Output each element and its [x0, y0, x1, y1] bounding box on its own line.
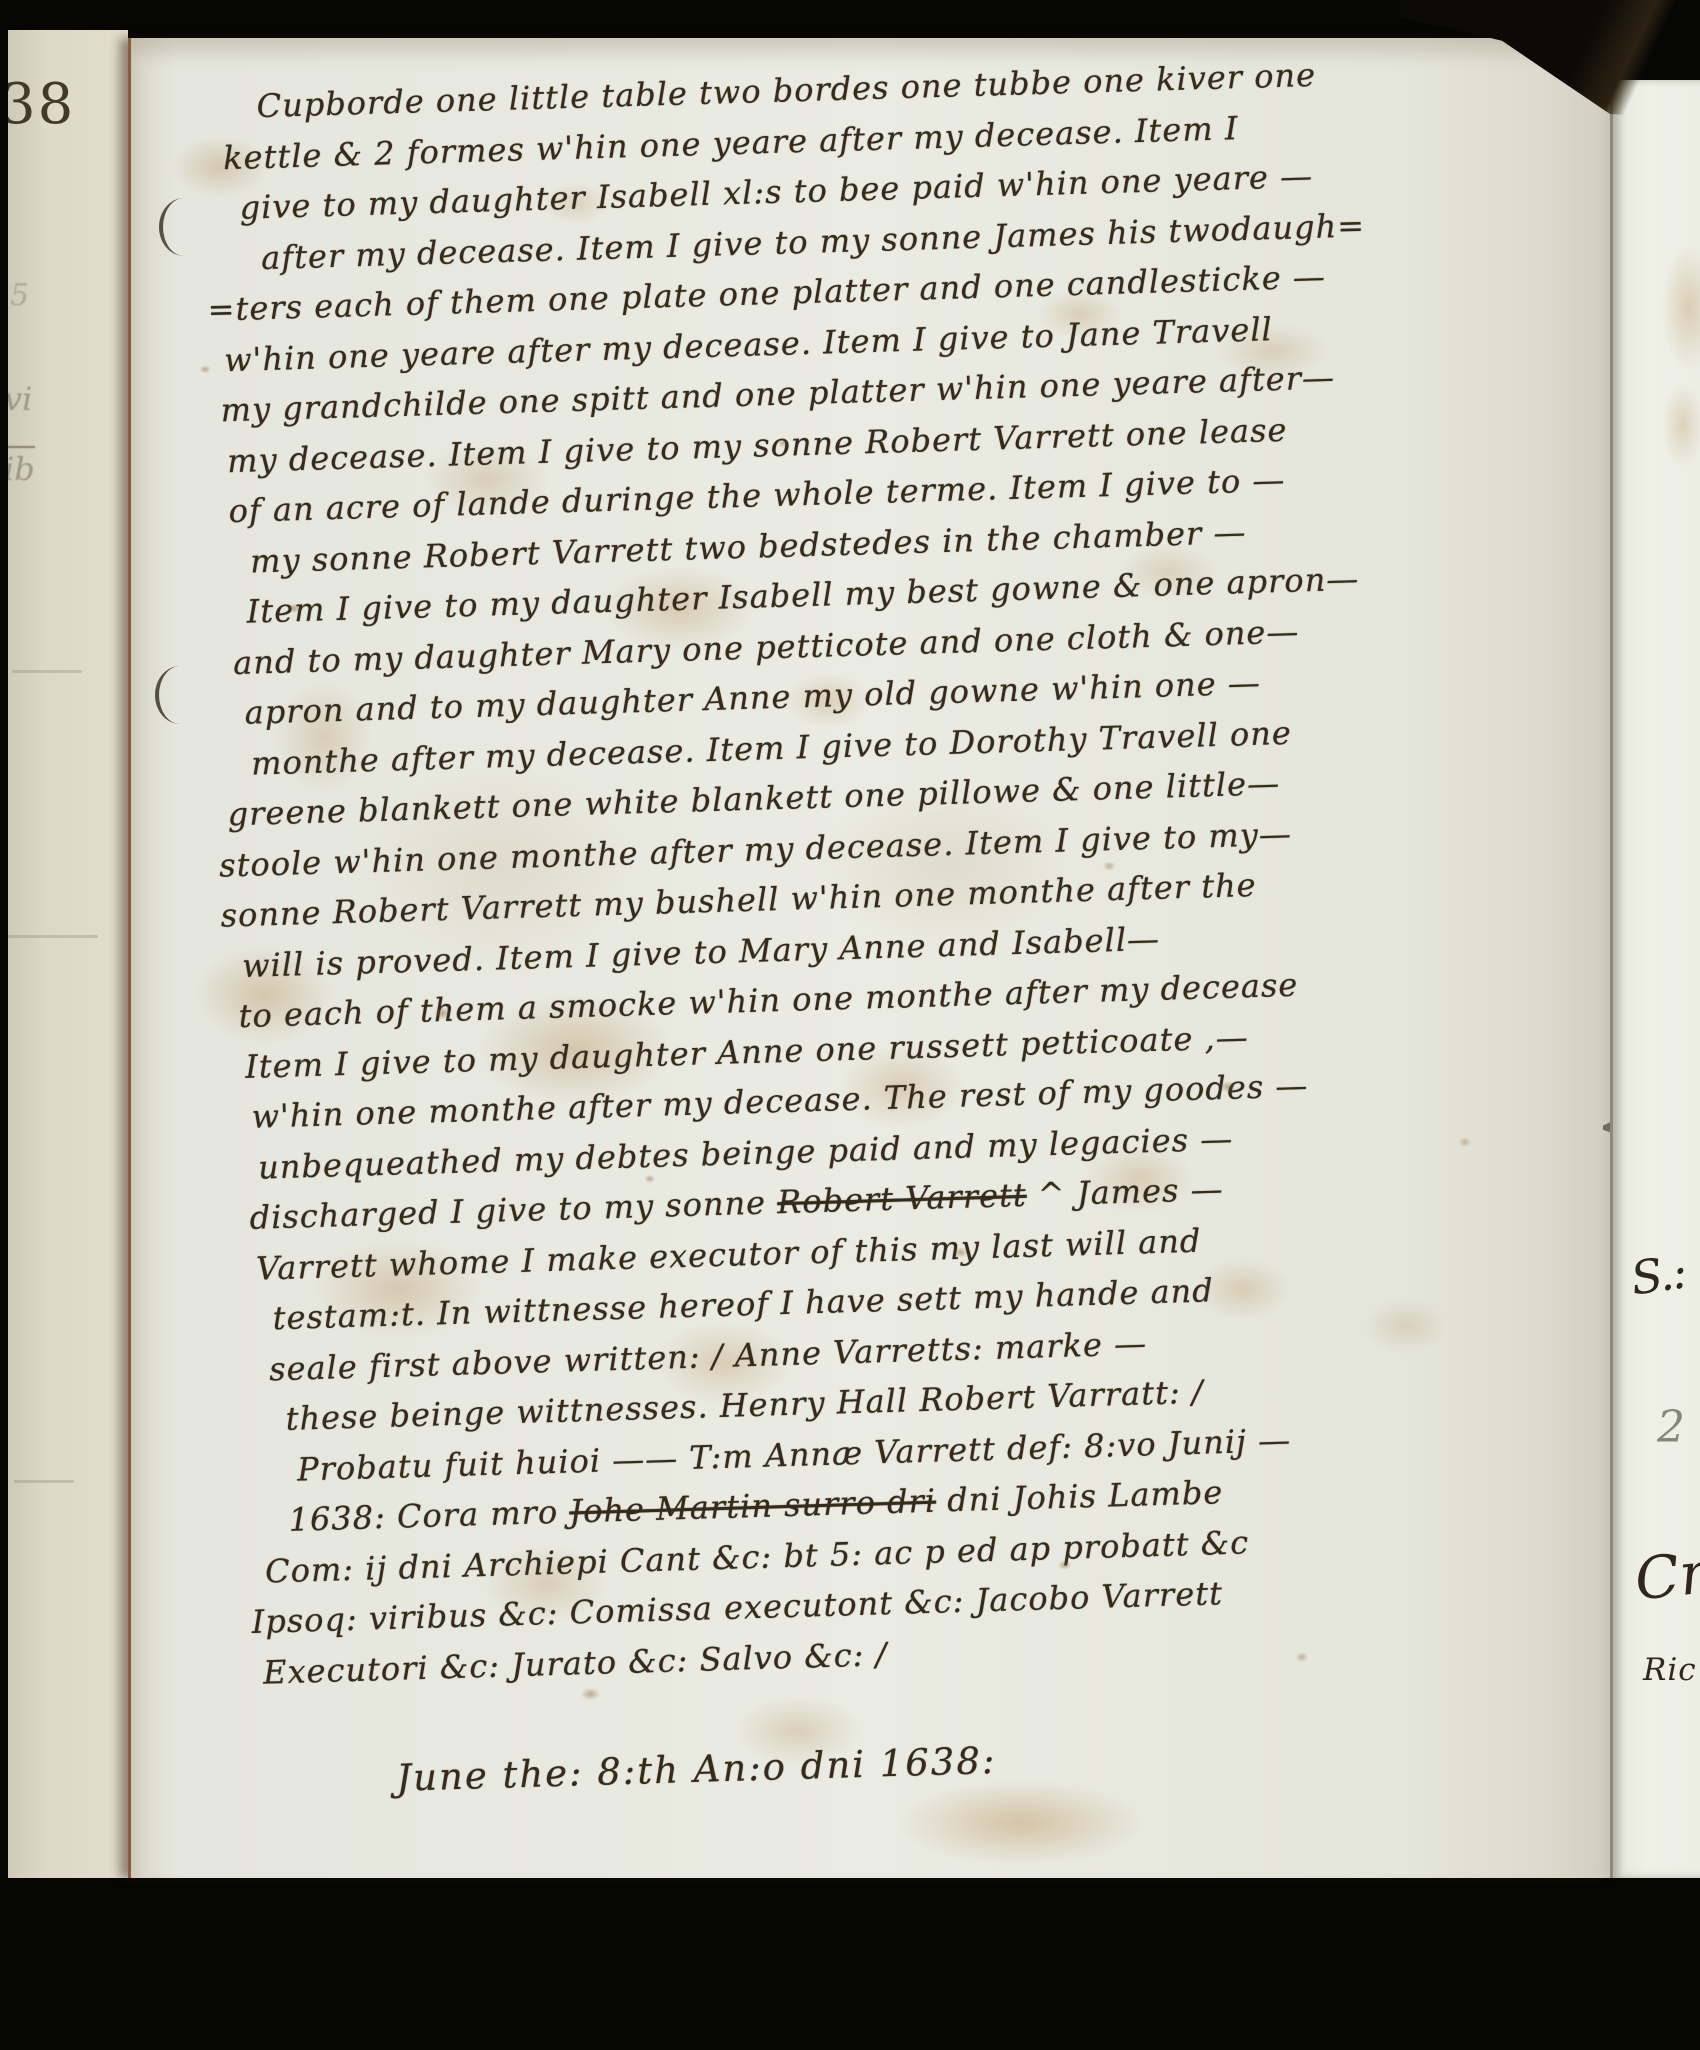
bleedthrough-line — [14, 1480, 74, 1483]
manuscript-lines: Cupborde one little table two bordes one… — [161, 47, 1468, 1700]
bleedthrough-line — [8, 935, 98, 938]
marginal-mark-s: S.: — [1628, 1245, 1689, 1306]
stain — [1653, 230, 1700, 490]
marginal-numeral: 2 — [1657, 1402, 1685, 1453]
marginal-flourish: Cr — [1632, 1538, 1700, 1613]
previous-page-edge: 38 5 vi ib — [8, 30, 128, 1878]
manuscript-page: Cupborde one little table two bordes one… — [128, 38, 1613, 1878]
page-number-fragment: 38 — [8, 72, 75, 137]
bleedthrough-fragment: vi — [8, 380, 32, 418]
will-text-block: Cupborde one little table two bordes one… — [161, 47, 1472, 1810]
manuscript-book-scan: 38 5 vi ib Cupborde one little table two… — [0, 0, 1700, 2050]
bleedthrough-line — [12, 670, 82, 673]
bleedthrough-fragment: ib — [8, 446, 35, 488]
facing-page-edge: S.: 2 Cr Ric — [1610, 80, 1700, 1878]
probate-date-line: June the: 8:th An:o dni 1638: — [396, 1722, 1472, 1804]
bleedthrough-fragment: 5 — [10, 278, 29, 313]
marginal-name-fragment: Ric — [1643, 1652, 1697, 1688]
